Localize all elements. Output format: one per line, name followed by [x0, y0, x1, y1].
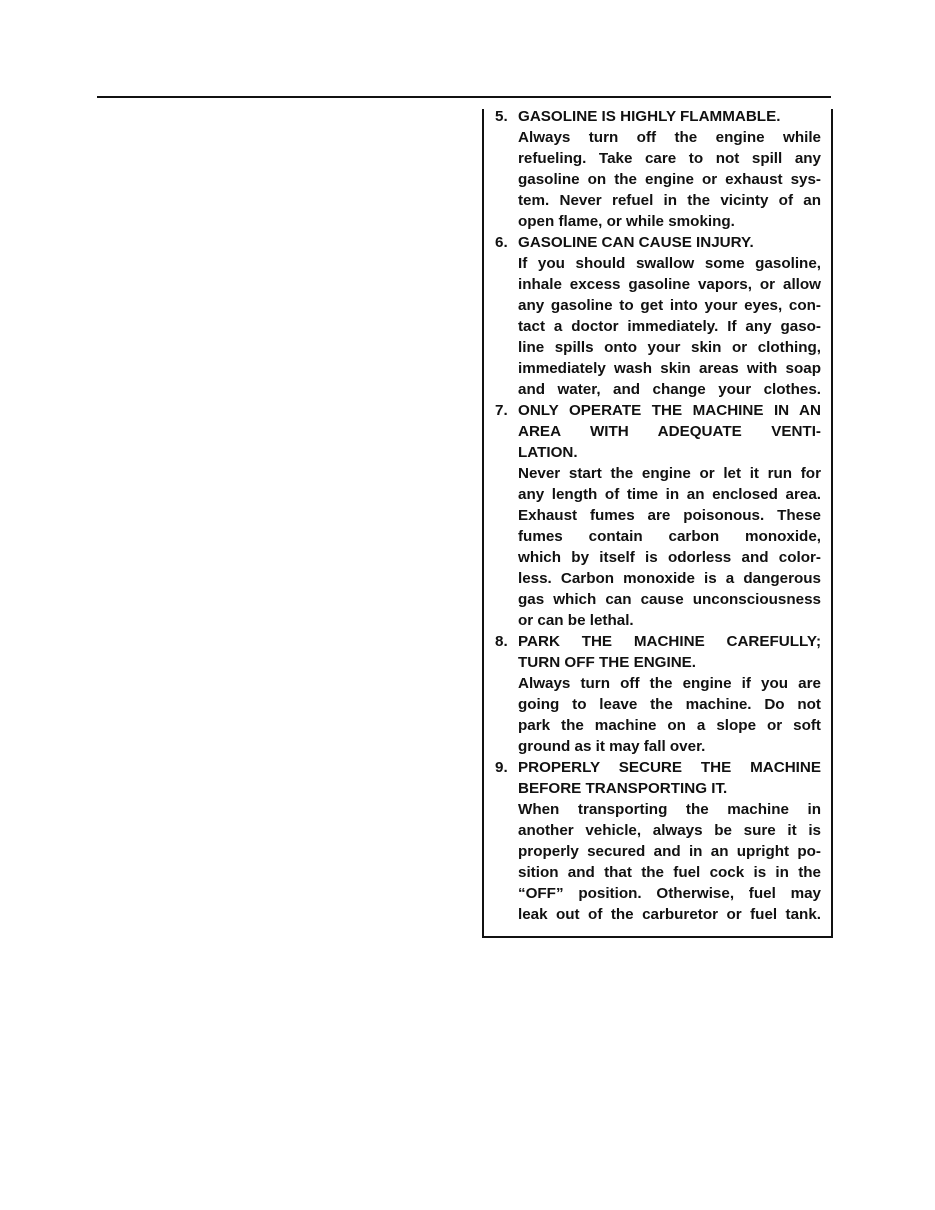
- warning-item-8: 8. PARK THE MACHINE CAREFULLY; TURN OFF …: [495, 631, 821, 757]
- item-body-line: another vehicle, always be sure it is: [518, 820, 821, 841]
- item-body-line: open flame, or while smoking.: [518, 211, 821, 232]
- item-body-line: Never start the engine or let it run for: [518, 463, 821, 484]
- item-heading: PARK THE MACHINE CAREFULLY;: [518, 631, 821, 652]
- item-body-line: ground as it may fall over.: [518, 736, 821, 757]
- item-body-line: sition and that the fuel cock is in the: [518, 862, 821, 883]
- item-heading: GASOLINE CAN CAUSE INJURY.: [518, 232, 821, 253]
- item-body-line: If you should swallow some gasoline,: [518, 253, 821, 274]
- item-body-line: which by itself is odorless and color-: [518, 547, 821, 568]
- warning-item-6: 6. GASOLINE CAN CAUSE INJURY. If you sho…: [495, 232, 821, 400]
- item-heading: BEFORE TRANSPORTING IT.: [518, 778, 821, 799]
- item-body-line: or can be lethal.: [518, 610, 821, 631]
- item-body-line: tact a doctor immediately. If any gaso-: [518, 316, 821, 337]
- item-heading: PROPERLY SECURE THE MACHINE: [518, 757, 821, 778]
- item-body-line: gasoline on the engine or exhaust sys-: [518, 169, 821, 190]
- warning-item-9: 9. PROPERLY SECURE THE MACHINE BEFORE TR…: [495, 757, 821, 925]
- item-body-line: less. Carbon monoxide is a dangerous: [518, 568, 821, 589]
- item-body-line: leak out of the carburetor or fuel tank.: [518, 904, 821, 925]
- item-number: 7.: [495, 400, 508, 421]
- item-body-line: immediately wash skin areas with soap: [518, 358, 821, 379]
- item-heading: ONLY OPERATE THE MACHINE IN AN: [518, 400, 821, 421]
- item-body-line: “OFF” position. Otherwise, fuel may: [518, 883, 821, 904]
- warning-item-7: 7. ONLY OPERATE THE MACHINE IN AN AREA W…: [495, 400, 821, 631]
- item-body-line: any gasoline to get into your eyes, con-: [518, 295, 821, 316]
- warning-item-5: 5. GASOLINE IS HIGHLY FLAMMABLE. Always …: [495, 106, 821, 232]
- item-heading: GASOLINE IS HIGHLY FLAMMABLE.: [518, 106, 821, 127]
- item-body-line: and water, and change your clothes.: [518, 379, 821, 400]
- item-body-line: tem. Never refuel in the vicinty of an: [518, 190, 821, 211]
- item-body-line: inhale excess gasoline vapors, or allow: [518, 274, 821, 295]
- item-body-line: gas which can cause unconsciousness: [518, 589, 821, 610]
- item-body-line: any length of time in an enclosed area.: [518, 484, 821, 505]
- item-body-line: properly secured and in an upright po-: [518, 841, 821, 862]
- item-body-line: line spills onto your skin or clothing,: [518, 337, 821, 358]
- item-body-line: When transporting the machine in: [518, 799, 821, 820]
- item-number: 5.: [495, 106, 508, 127]
- item-body-line: Exhaust fumes are poisonous. These: [518, 505, 821, 526]
- item-body-line: Always turn off the engine while: [518, 127, 821, 148]
- item-body-line: refueling. Take care to not spill any: [518, 148, 821, 169]
- item-heading: TURN OFF THE ENGINE.: [518, 652, 821, 673]
- item-number: 9.: [495, 757, 508, 778]
- top-horizontal-rule: [97, 96, 831, 98]
- item-body-line: going to leave the machine. Do not: [518, 694, 821, 715]
- item-body-line: fumes contain carbon monoxide,: [518, 526, 821, 547]
- item-body-line: park the machine on a slope or soft: [518, 715, 821, 736]
- safety-warnings-list: 5. GASOLINE IS HIGHLY FLAMMABLE. Always …: [495, 106, 821, 925]
- item-number: 8.: [495, 631, 508, 652]
- item-heading: LATION.: [518, 442, 821, 463]
- item-number: 6.: [495, 232, 508, 253]
- item-heading: AREA WITH ADEQUATE VENTI-: [518, 421, 821, 442]
- item-body-line: Always turn off the engine if you are: [518, 673, 821, 694]
